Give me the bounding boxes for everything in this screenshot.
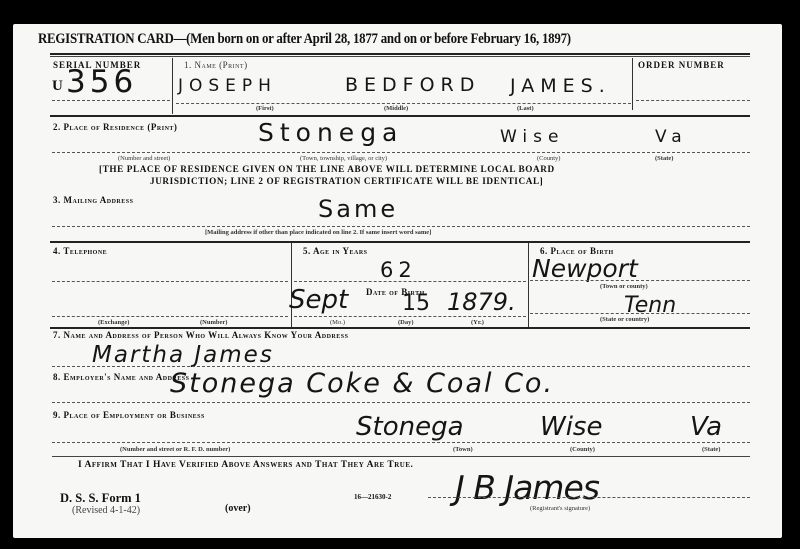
- name-label: 1. Name (Print): [184, 60, 248, 70]
- dob-year: 1879.: [447, 288, 516, 316]
- name-middle: BEDFORD: [345, 74, 480, 96]
- mailing-caption: [Mailing address if other than place ind…: [205, 229, 431, 236]
- serial-prefix: U: [52, 78, 63, 95]
- employer-underline: [52, 402, 750, 403]
- birthplace-state-caption: (State or country): [600, 316, 649, 323]
- employment-county-caption: (County): [570, 446, 595, 453]
- first-caption: (First): [256, 105, 274, 112]
- age-label: 5. Age in Years: [303, 246, 368, 256]
- order-number-field[interactable]: [636, 100, 750, 101]
- mailing-value: Same: [318, 195, 398, 223]
- employment-street-caption: (Number and street or R. F. D. number): [120, 446, 230, 453]
- birthplace-town-underline: [530, 280, 750, 281]
- mailing-underline: [52, 226, 750, 227]
- row9-rule: [52, 456, 750, 457]
- row6-rule: [50, 327, 750, 329]
- number-caption: (Number): [200, 319, 227, 326]
- dob-underline: [294, 316, 526, 317]
- birthplace-town-caption: (Town or county): [600, 283, 648, 290]
- birthplace-state: Tenn: [624, 293, 676, 318]
- employment-state: Va: [690, 412, 722, 442]
- age-divider: [528, 243, 529, 327]
- residence-notice-2: JURISDICTION; LINE 2 OF REGISTRATION CER…: [150, 176, 543, 186]
- contact-person-value: Martha James: [92, 342, 274, 368]
- dob-month: Sept: [289, 285, 348, 315]
- name-first: JOSEPH: [178, 76, 277, 96]
- order-divider: [632, 58, 633, 110]
- street-caption: (Number and street): [118, 155, 170, 162]
- name-last: JAMES.: [510, 75, 611, 97]
- employment-county: Wise: [540, 412, 602, 442]
- row1-rule: [50, 115, 750, 117]
- serial-number-value: 356: [66, 64, 137, 100]
- employer-value: Stonega Coke & Coal Co.: [170, 368, 554, 399]
- employment-place-label: 9. Place of Employment or Business: [53, 410, 205, 420]
- telephone-field[interactable]: [52, 281, 288, 282]
- residence-label: 2. Place of Residence (Print): [53, 122, 177, 132]
- registrant-signature: J B James: [455, 468, 599, 507]
- signature-line[interactable]: [428, 497, 750, 498]
- day-caption: (Day): [398, 319, 414, 326]
- residence-underline: [52, 152, 750, 153]
- residence-notice-1: [THE PLACE OF RESIDENCE GIVEN ON THE LIN…: [99, 164, 555, 174]
- affirmation-text: I Affirm That I Have Verified Above Answ…: [78, 460, 413, 470]
- signature-caption: (Registrant's signature): [530, 505, 590, 512]
- middle-caption: (Middle): [384, 105, 408, 112]
- employment-town-caption: (Town): [453, 446, 473, 453]
- last-caption: (Last): [517, 105, 534, 112]
- employment-town: Stonega: [356, 412, 464, 442]
- residence-county: Wise: [500, 127, 564, 147]
- age-value: 62: [380, 258, 417, 282]
- contact-person-label: 7. Name and Address of Person Who Will A…: [53, 330, 348, 340]
- birthplace-town: Newport: [532, 254, 638, 283]
- residence-town: Stonega: [258, 118, 403, 147]
- exchange-caption: (Exchange): [98, 319, 129, 326]
- row3-rule: [50, 241, 750, 243]
- print-code: 16—21630-2: [354, 493, 391, 501]
- employment-underline: [52, 442, 750, 443]
- age-underline: [294, 281, 526, 282]
- contact-underline: [52, 366, 750, 367]
- form-id: D. S. S. Form 1: [60, 491, 141, 506]
- birthplace-state-underline: [530, 313, 750, 314]
- year-caption: (Yr.): [471, 319, 484, 326]
- card-title: REGISTRATION CARD—(Men born on or after …: [38, 31, 571, 48]
- town-caption: (Town, township, village, or city): [300, 155, 387, 162]
- dob-day: 15: [402, 291, 430, 316]
- over-note: (over): [225, 503, 251, 514]
- serial-underline: [52, 100, 170, 101]
- order-number-label: ORDER NUMBER: [638, 60, 725, 70]
- name-underline: [176, 103, 631, 104]
- employer-label: 8. Employer's Name and Address: [53, 372, 189, 382]
- mailing-label: 3. Mailing Address: [53, 195, 133, 205]
- telephone-label: 4. Telephone: [53, 246, 107, 256]
- state-caption: (State): [655, 155, 673, 162]
- county-caption: (County): [537, 155, 560, 162]
- title-rule-2: [50, 56, 750, 57]
- serial-divider: [172, 58, 173, 114]
- telephone-underline: [52, 316, 288, 317]
- employment-state-caption: (State): [702, 446, 720, 453]
- form-revised: (Revised 4-1-42): [72, 505, 140, 516]
- residence-state: Va: [655, 127, 688, 147]
- month-caption: (Mo.): [330, 319, 345, 326]
- title-rule: [50, 53, 750, 55]
